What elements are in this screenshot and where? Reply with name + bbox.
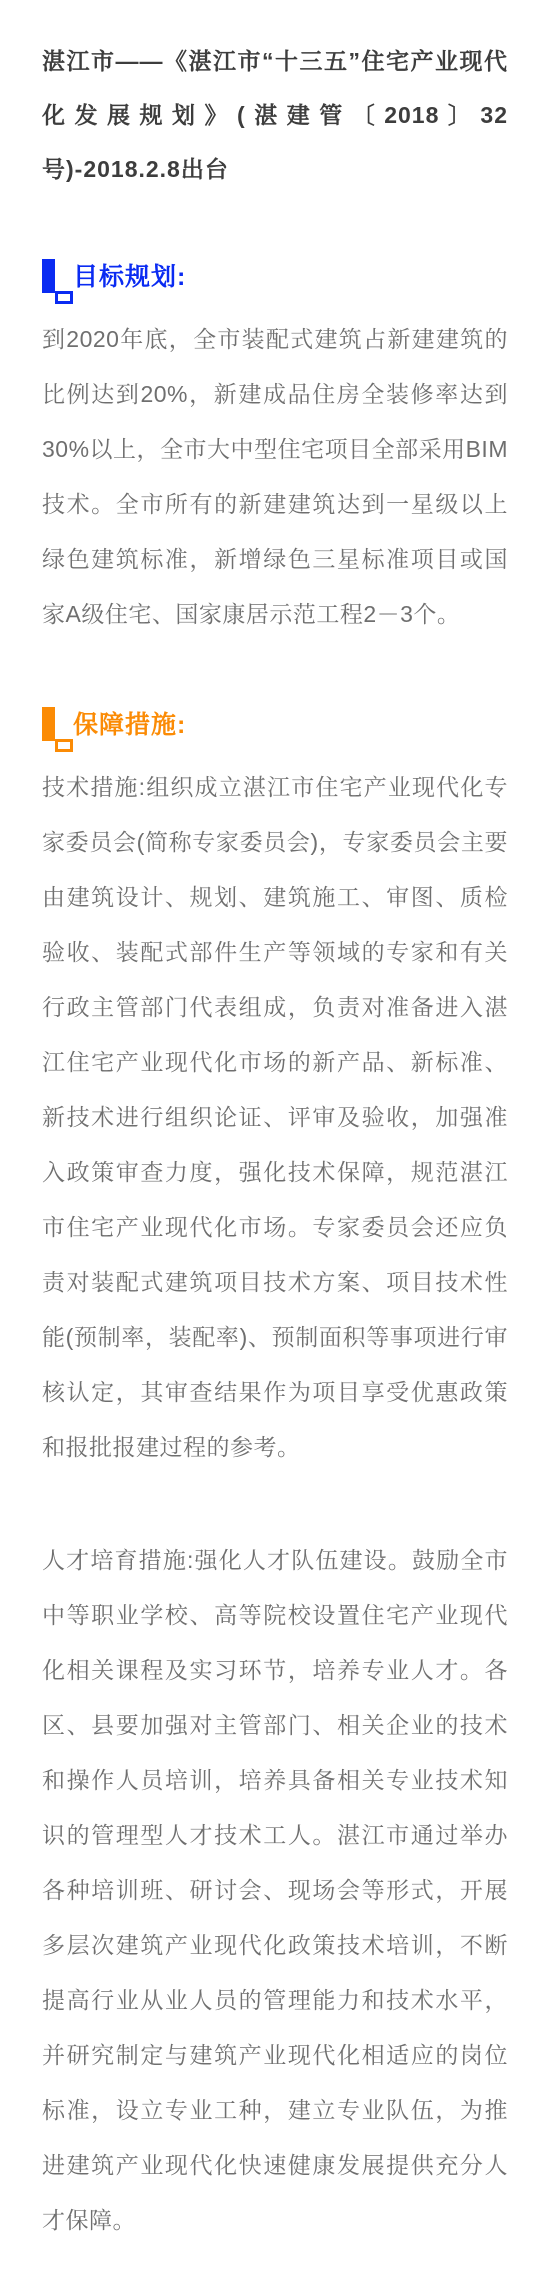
section-marker-icon <box>42 256 73 302</box>
section-goal-planning: 目标规划: 到2020年底，全市装配式建筑占新建建筑的比例达到20%，新建成品住… <box>42 256 508 642</box>
marker-square <box>55 291 73 304</box>
marker-bar <box>42 259 55 293</box>
section-header-goal-planning: 目标规划: <box>42 256 508 302</box>
section-header-safeguard-measures: 保障措施: <box>42 704 508 750</box>
article-page: 湛江市——《湛江市“十三五”住宅产业现代化发展规划》(湛建管〔2018〕32号)… <box>0 0 550 2288</box>
paragraph-goal-planning: 到2020年底，全市装配式建筑占新建建筑的比例达到20%，新建成品住房全装修率达… <box>42 312 508 642</box>
section-safeguard-measures: 保障措施: 技术措施:组织成立湛江市住宅产业现代化专家委员会(简称专家委员会)，… <box>42 704 508 2248</box>
section-label-goal-planning: 目标规划: <box>73 257 186 297</box>
marker-square <box>55 739 73 752</box>
paragraph-technical-measures: 技术措施:组织成立湛江市住宅产业现代化专家委员会(简称专家委员会)，专家委员会主… <box>42 760 508 1475</box>
section-label-safeguard-measures: 保障措施: <box>73 705 186 745</box>
marker-bar <box>42 707 55 741</box>
page-title: 湛江市——《湛江市“十三五”住宅产业现代化发展规划》(湛建管〔2018〕32号)… <box>42 34 508 196</box>
section-marker-icon <box>42 704 73 750</box>
paragraph-talent-cultivation: 人才培育措施:强化人才队伍建设。鼓励全市中等职业学校、高等院校设置住宅产业现代化… <box>42 1533 508 2248</box>
